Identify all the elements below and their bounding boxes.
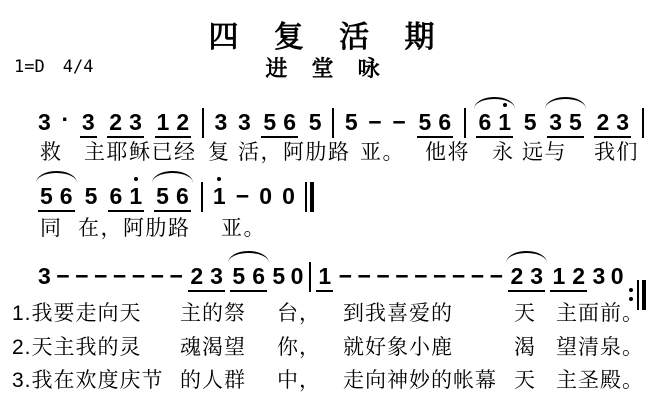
verse-segment: 到我喜爱的 [343,297,453,327]
augmentation-dot: · [61,108,69,131]
duration-dash: − [414,265,427,288]
verse-segment: 的人群 [180,364,246,394]
music-note: 2 [190,265,203,288]
music-note: 2 [510,265,523,288]
music-note: 6 [478,111,491,134]
beamed-note-group: 56 [261,111,298,138]
music-note: 3 [530,265,543,288]
barline [201,182,203,212]
duration-dash: − [471,265,484,288]
slur-arc [228,251,269,263]
lyric-segment: 亚。 [360,136,405,166]
music-line-2: 56561561−00 [38,174,314,212]
verse-segment: 台， [277,297,321,327]
music-note: 5 [232,265,245,288]
music-note: 5 [263,111,276,134]
lyrics-line-1: 救 主耶稣已经 复 活，阿肋路 亚。 他将 永 远与 我们 [0,136,652,162]
lyric-segment: 救 [40,136,63,166]
lyric-segment: 主耶稣已经 [84,136,197,166]
lyrics-line-2: 同 在，阿肋路 亚。 [0,212,652,238]
music-note: 1 [552,265,565,288]
beamed-note-group: 56 [38,185,75,212]
music-note: 3 [38,265,51,288]
slur-arc [545,97,586,109]
duration-dash: − [368,111,381,134]
verse-segment: 主圣殿。 [556,364,644,394]
music-note: 5 [85,185,98,208]
duration-dash: − [75,265,88,288]
lyric-segment: 复 [208,136,231,166]
song-subtitle: 进 堂 咏 [0,52,652,83]
beamed-note-group: 35 [547,111,584,138]
beamed-note-group: 3 [80,111,97,138]
music-note: 1 [498,111,511,134]
music-note: 6 [60,185,73,208]
slur-arc [474,97,515,109]
music-note: 5 [569,111,582,134]
music-line-3: 3−−−−−−−2356501−−−−−−−−−231230 [38,254,646,302]
music-note: 1 [129,185,142,208]
music-note: 0 [611,265,624,288]
beamed-note-group: 12 [155,111,192,138]
music-note: 3 [616,111,629,134]
verse-segment: 魂渴望 [180,331,246,361]
music-note: 3 [214,111,227,134]
music-note: 5 [524,111,537,134]
beamed-note-group: 12 [550,265,587,292]
lyric-segment: 同 [40,212,63,242]
octave-dot [217,177,221,181]
lyric-segment: 我们 [594,136,639,166]
duration-dash: − [452,265,465,288]
verse-1: 1.我要走向天 主的祭 台， 到我喜爱的 天 主面前。 [0,297,652,323]
duration-dash: − [169,265,182,288]
beamed-note-group: 56 [417,111,454,138]
verse-segment: 就好象小鹿 [343,331,453,361]
slur-arc [506,251,547,263]
duration-dash: − [236,185,249,208]
duration-dash: − [94,265,107,288]
music-note: 3 [38,111,51,134]
music-note: 1 [157,111,170,134]
music-note: 6 [176,185,189,208]
duration-dash: − [132,265,145,288]
music-note: 3 [549,111,562,134]
barline [642,108,644,138]
music-note: 3 [238,111,251,134]
slur-arc [36,171,77,183]
beamed-note-group: 23 [508,265,545,292]
verse-segment: 主面前。 [556,297,644,327]
beamed-note-group: 23 [188,265,225,292]
verse-segment: 走向神妙的帐幕 [343,364,497,394]
lyric-segment: 亚。 [221,212,266,242]
music-note: 2 [596,111,609,134]
octave-dot [503,103,507,107]
verse-segment: 天 [514,364,536,394]
music-note: 6 [438,111,451,134]
verse-segment: 渴 [514,331,536,361]
verse-segment: 3.我在欢度庆节 [12,364,164,394]
music-note: 5 [272,265,285,288]
beamed-note-group: 23 [107,111,144,138]
music-note: 2 [572,265,585,288]
verse-2: 2.天主我的灵 魂渴望 你， 就好象小鹿 渴 望清泉。 [0,331,652,357]
music-note: 0 [291,265,304,288]
final-barline [305,182,314,212]
barline [332,108,334,138]
music-note: 6 [252,265,265,288]
beamed-note-group: 23 [594,111,631,138]
music-note: 3 [129,111,142,134]
lyric-segment: 远与 [522,136,567,166]
music-note: 6 [110,185,123,208]
beamed-note-group: 56 [230,265,267,292]
music-note: 3 [593,265,606,288]
music-note: 5 [419,111,432,134]
barline [309,262,311,292]
beamed-note-group: 1 [316,265,333,292]
verse-segment: 中， [277,364,321,394]
verse-3: 3.我在欢度庆节 的人群 中， 走向神妙的帐幕 天 主圣殿。 [0,364,652,390]
music-note: 3 [210,265,223,288]
verse-segment: 1.我要走向天 [12,297,142,327]
barline [464,108,466,138]
music-note: 5 [309,111,322,134]
duration-dash: − [376,265,389,288]
music-note: 1 [213,185,226,208]
lyric-segment: 在，阿肋路 [78,212,191,242]
verse-segment: 望清泉。 [556,331,644,361]
verse-segment: 天 [514,297,536,327]
verse-segment: 2.天主我的灵 [12,331,142,361]
duration-dash: − [433,265,446,288]
music-note: 5 [156,185,169,208]
verse-segment: 主的祭 [180,297,246,327]
beamed-note-group: 61 [108,185,145,212]
music-note: 2 [176,111,189,134]
duration-dash: − [339,265,352,288]
lyric-segment: 他将 [425,136,470,166]
music-note: 0 [259,185,272,208]
duration-dash: − [395,265,408,288]
music-note: 2 [109,111,122,134]
duration-dash: − [357,265,370,288]
page-title: 四 复 活 期 [0,12,652,56]
music-note: 3 [82,111,95,134]
music-note: 0 [282,185,295,208]
music-note: 5 [40,185,53,208]
verse-segment: 你， [277,331,321,361]
duration-dash: − [392,111,405,134]
beamed-note-group: 56 [154,185,191,212]
lyric-segment: 活，阿肋路 [238,136,351,166]
music-note: 1 [318,265,331,288]
lyric-segment: 永 [492,136,515,166]
octave-dot [134,177,138,181]
duration-dash: − [490,265,503,288]
slur-arc [152,171,193,183]
barline [202,108,204,138]
beamed-note-group: 61 [476,111,513,138]
music-note: 5 [345,111,358,134]
music-note: 6 [283,111,296,134]
duration-dash: − [113,265,126,288]
duration-dash: − [56,265,69,288]
music-line-1: 3·32312335655−−566153523 [38,100,644,138]
duration-dash: − [151,265,164,288]
